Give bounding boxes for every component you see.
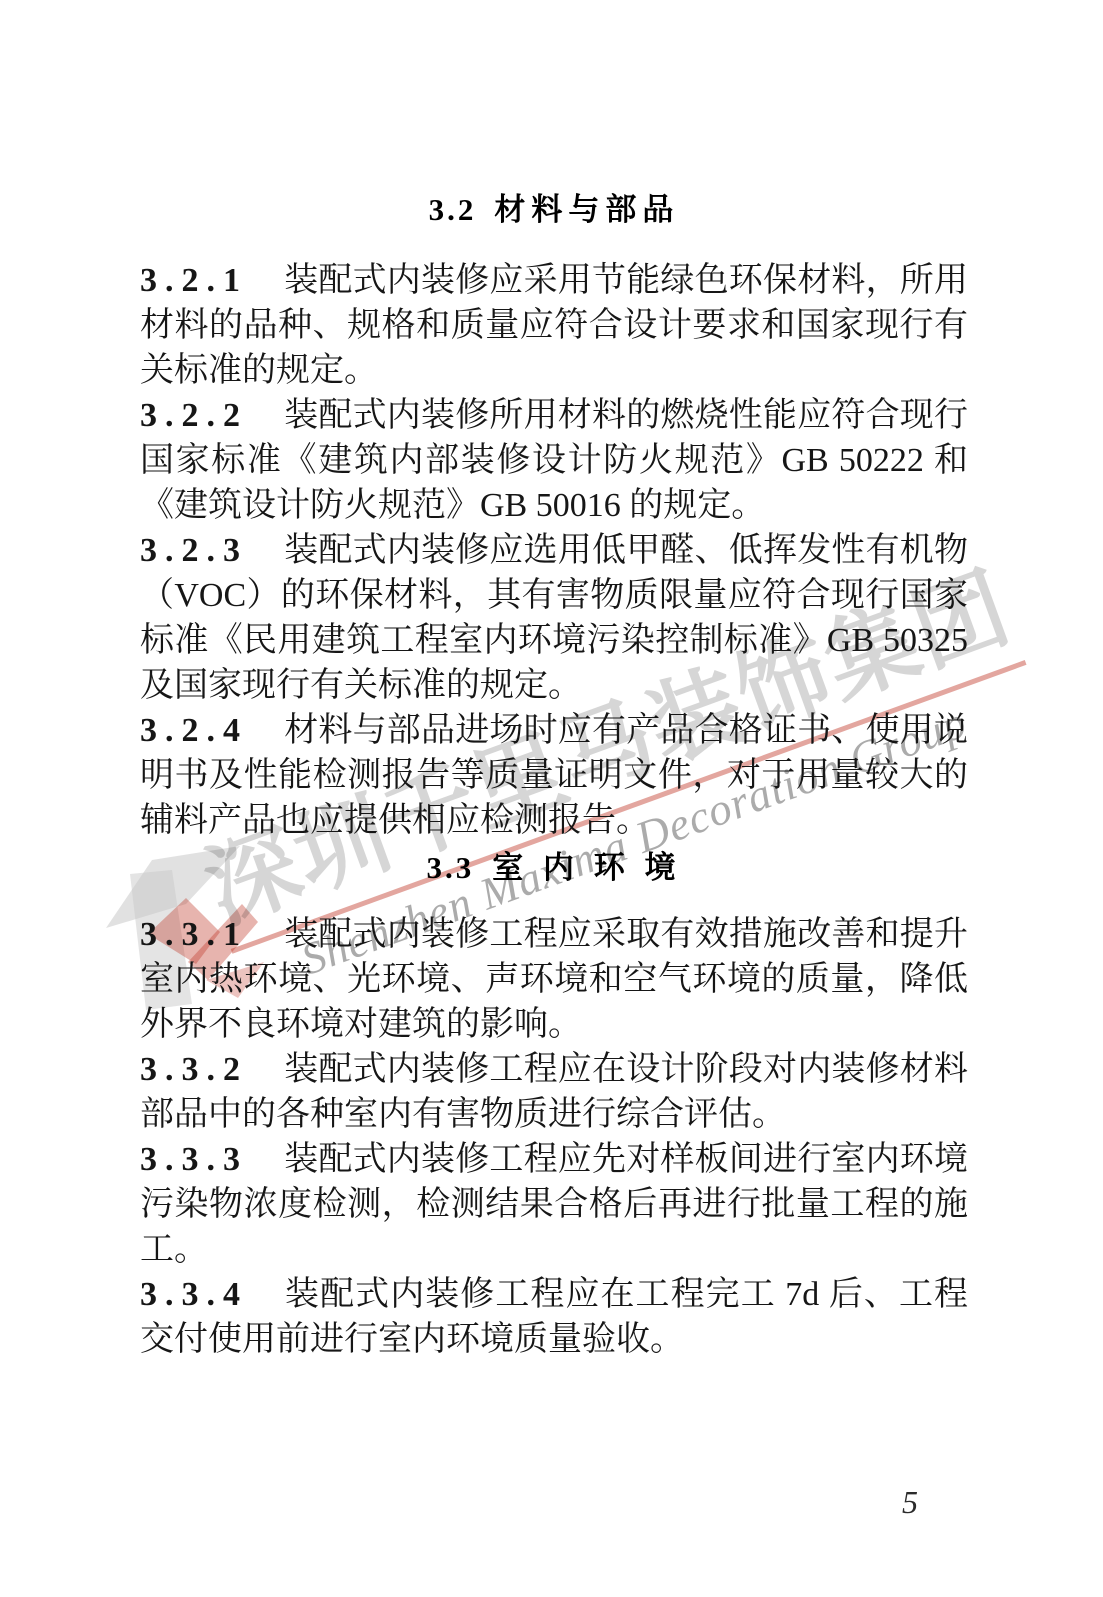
clause-text: 装配式内装修所用材料的燃烧性能应符合现行国家标准《建筑内部装修设计防火规范》GB… [140,397,968,524]
clause-3-2-3: 3.2.3装配式内装修应选用低甲醛、低挥发性有机物（VOC）的环保材料，其有害物… [140,528,968,708]
clause-number: 3.3.3 [140,1141,248,1178]
clause-text: 装配式内装修应选用低甲醛、低挥发性有机物（VOC）的环保材料，其有害物质限量应符… [140,532,968,704]
clause-number: 3.2.2 [140,397,248,434]
clause-number: 3.3.1 [140,916,248,953]
document-page: 深圳千里马装饰集团 Shenzhen Maxima Decoration Gro… [0,0,1103,1597]
clause-text: 材料与部品进场时应有产品合格证书、使用说明书及性能检测报告等质量证明文件，对于用… [140,712,968,839]
clause-text: 装配式内装修应采用节能绿色环保材料，所用材料的品种、规格和质量应符合设计要求和国… [140,262,968,389]
clause-text: 装配式内装修工程应采取有效措施改善和提升室内热环境、光环境、声环境和空气环境的质… [140,916,968,1043]
clause-number: 3.3.4 [140,1276,248,1313]
clause-3-2-1: 3.2.1装配式内装修应采用节能绿色环保材料，所用材料的品种、规格和质量应符合设… [140,258,968,393]
clause-number: 3.2.4 [140,712,248,749]
clause-3-3-2: 3.3.2装配式内装修工程应在设计阶段对内装修材料部品中的各种室内有害物质进行综… [140,1047,968,1137]
clause-text: 装配式内装修工程应在设计阶段对内装修材料部品中的各种室内有害物质进行综合评估。 [140,1051,968,1133]
clause-text: 装配式内装修工程应在工程完工 7d 后、工程交付使用前进行室内环境质量验收。 [140,1276,968,1358]
clause-number: 3.2.3 [140,532,248,569]
section-number: 3.2 [429,192,477,227]
clause-text: 装配式内装修工程应先对样板间进行室内环境污染物浓度检测，检测结果合格后再进行批量… [140,1141,968,1268]
clause-3-3-3: 3.3.3装配式内装修工程应先对样板间进行室内环境污染物浓度检测，检测结果合格后… [140,1137,968,1272]
clause-number: 3.3.2 [140,1051,248,1088]
section-title: 室 内 环 境 [492,850,681,885]
section-number: 3.3 [427,850,475,885]
clause-3-3-4: 3.3.4装配式内装修工程应在工程完工 7d 后、工程交付使用前进行室内环境质量… [140,1272,968,1362]
section-heading-3-2: 3.2材料与部品 [140,190,968,230]
section-title: 材料与部品 [494,192,679,227]
clause-number: 3.2.1 [140,262,248,299]
clause-3-3-1: 3.3.1装配式内装修工程应采取有效措施改善和提升室内热环境、光环境、声环境和空… [140,912,968,1047]
section-heading-3-3: 3.3室 内 环 境 [140,848,968,888]
document-content: 3.2材料与部品 3.2.1装配式内装修应采用节能绿色环保材料，所用材料的品种、… [140,0,968,1362]
page-number: 5 [902,1484,918,1521]
clause-3-2-4: 3.2.4材料与部品进场时应有产品合格证书、使用说明书及性能检测报告等质量证明文… [140,708,968,843]
clause-3-2-2: 3.2.2装配式内装修所用材料的燃烧性能应符合现行国家标准《建筑内部装修设计防火… [140,393,968,528]
